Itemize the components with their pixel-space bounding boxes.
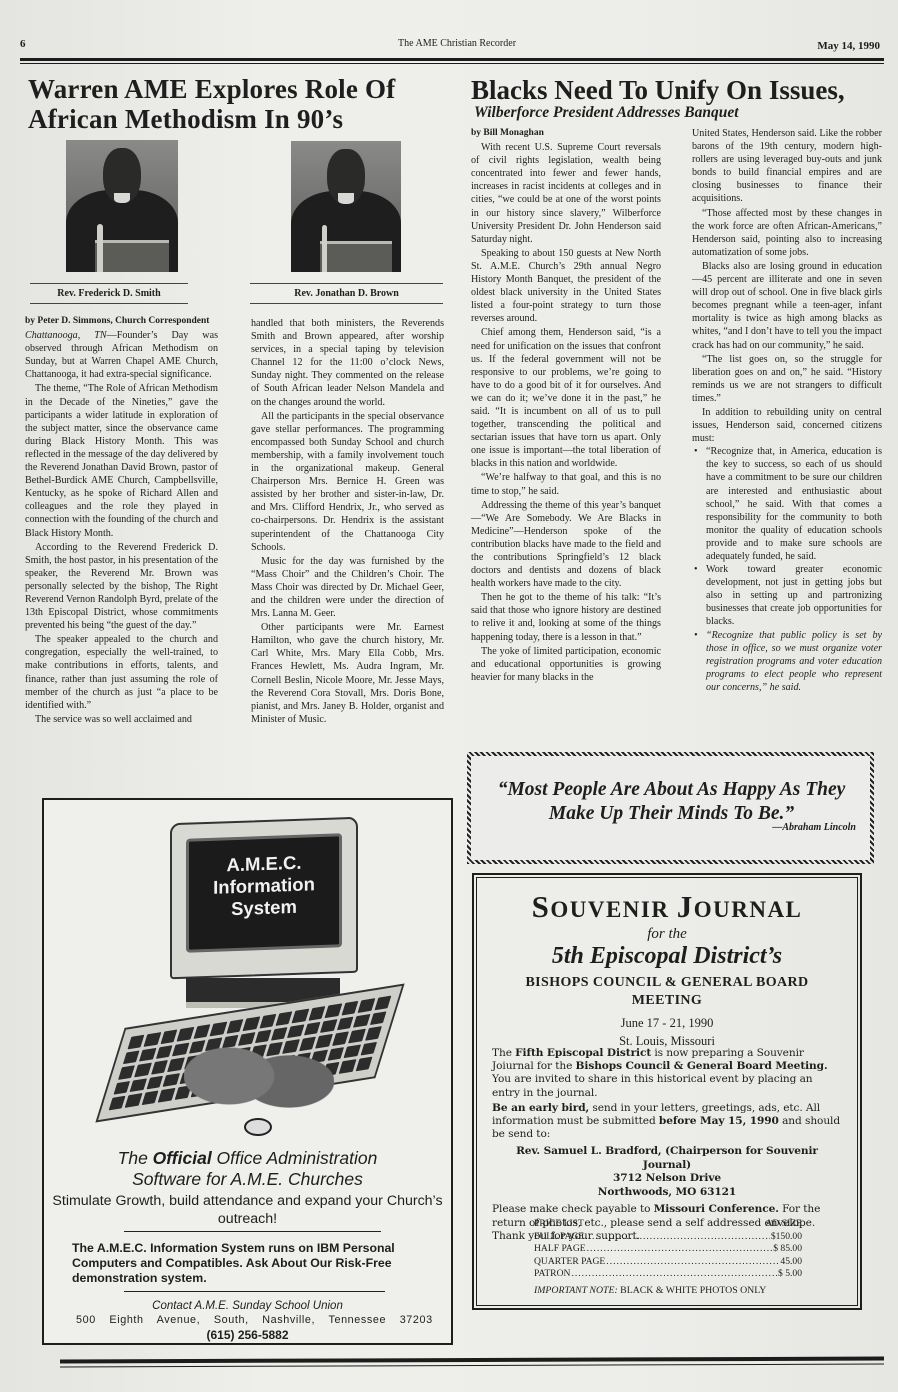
article-paragraph: Chief among them, Henderson said, “is a … — [471, 326, 661, 470]
headline-warren-ame: Warren AME Explores Role Of African Meth… — [28, 74, 448, 134]
masthead-rule — [20, 58, 884, 61]
photo-frederick-smith — [66, 140, 178, 272]
article-paragraph: In addition to rebuilding unity on centr… — [692, 406, 882, 445]
article-paragraph: Other participants were Mr. Earnest Hami… — [251, 621, 444, 726]
important-note: IMPORTANT NOTE: BLACK & WHITE PHOTOS ONL… — [534, 1285, 802, 1298]
article-paragraph: According to the Reverend Frederick D. S… — [25, 541, 218, 633]
article-paragraph: Addressing the theme of this year’s banq… — [471, 499, 661, 591]
footer-rule-thin — [60, 1364, 884, 1368]
amec-address: 500 Eighth Avenue, South, Nashville, Ten… — [76, 1314, 435, 1326]
divider — [124, 1231, 381, 1232]
amec-ibm-text: The A.M.E.C. Information System runs on … — [72, 1241, 429, 1286]
newspaper-page: 6 The AME Christian Recorder May 14, 199… — [0, 0, 898, 1392]
photo-caption-smith: Rev. Frederick D. Smith — [30, 283, 188, 304]
masthead-rule-thin — [20, 63, 884, 64]
price-row: QUARTER PAGE45.00 — [534, 1256, 802, 1269]
wristwatch-icon — [244, 1118, 272, 1136]
photo-caption-brown: Rev. Jonathan D. Brown — [250, 283, 443, 304]
strategy-bullet: “Recognize that public policy is set by … — [692, 629, 882, 694]
price-row: PATRON$ 5.00 — [534, 1268, 802, 1281]
byline: by Bill Monaghan — [471, 127, 661, 140]
amec-headline: The Official Office Administration Softw… — [44, 1148, 451, 1190]
article-paragraph: United States, Henderson said. Like the … — [692, 127, 882, 206]
article-right-column-2: United States, Henderson said. Like the … — [692, 127, 882, 694]
article-paragraph: “We’re halfway to that goal, and this is… — [471, 471, 661, 497]
byline: by Peter D. Simmons, Church Corresponden… — [25, 315, 218, 328]
monitor-screen: A.M.E.C. Information System — [186, 833, 342, 952]
article-paragraph: Chattanooga, TN—Founder’s Day was observ… — [25, 329, 218, 381]
subheadline: Wilberforce President Addresses Banquet — [474, 104, 739, 122]
price-list-header: PRICE LISTAD SIZE — [534, 1218, 802, 1231]
article-paragraph: With recent U.S. Supreme Court reversals… — [471, 141, 661, 246]
council-title: BISHOPS COUNCIL & GENERAL BOARD MEETING — [474, 974, 860, 1010]
article-paragraph: The service was so well acclaimed and — [25, 713, 218, 726]
article-paragraph: The speaker appealed to the church and c… — [25, 633, 218, 712]
footer-rule — [60, 1357, 884, 1364]
article-paragraph: All the participants in the special obse… — [251, 410, 444, 554]
article-paragraph: Music for the day was furnished by the “… — [251, 555, 444, 620]
quote-attribution: —Abraham Lincoln — [772, 822, 856, 833]
article-paragraph: “The list goes on, so the struggle for l… — [692, 353, 882, 405]
price-row: HALF PAGE$ 85.00 — [534, 1243, 802, 1256]
district-title: 5th Episcopal District’s — [474, 943, 860, 970]
price-row: FULL PAGE$150.00 — [534, 1231, 802, 1244]
article-left-column-2: handled that both ministers, the Reveren… — [251, 317, 444, 726]
ad-paragraph: Be an early bird, send in your letters, … — [492, 1102, 842, 1142]
lincoln-quote-box: “Most People Are About As Happy As They … — [467, 752, 874, 864]
souvenir-journal-title: SOUVENIR JOURNAL — [474, 889, 860, 925]
souvenir-journal-ad: SOUVENIR JOURNAL for the 5th Episcopal D… — [472, 873, 862, 1310]
strategy-bullet: “Recognize that, in America, education i… — [692, 445, 882, 563]
price-list: PRICE LISTAD SIZE FULL PAGE$150.00 HALF … — [534, 1218, 802, 1297]
page-number: 6 — [20, 38, 26, 50]
amec-phone: (615) 256-5882 — [44, 1328, 451, 1342]
dateline: Chattanooga, TN — [25, 330, 107, 341]
publication-name: The AME Christian Recorder — [398, 38, 516, 49]
amec-contact: Contact A.M.E. Sunday School Union — [44, 1300, 451, 1312]
quote-text: “Most People Are About As Happy As They … — [485, 778, 858, 826]
article-paragraph: The theme, “The Role of African Methodis… — [25, 382, 218, 539]
issue-date: May 14, 1990 — [817, 40, 880, 52]
article-paragraph: “Those affected most by these changes in… — [692, 207, 882, 259]
computer-monitor-illustration: A.M.E.C. Information System — [170, 817, 358, 980]
strategy-list: “Recognize that, in America, education i… — [692, 445, 882, 694]
event-dates: June 17 - 21, 1990 — [474, 1014, 860, 1032]
strategy-bullet: Work toward greater economic development… — [692, 563, 882, 628]
photo-jonathan-brown — [291, 141, 401, 272]
ad-paragraph: The Fifth Episcopal District is now prep… — [492, 1047, 842, 1100]
article-right-column-1: by Bill Monaghan With recent U.S. Suprem… — [471, 127, 661, 684]
event-dates-location: June 17 - 21, 1990 St. Louis, Missouri — [474, 1014, 860, 1050]
headline-blacks-unify: Blacks Need To Unify On Issues, — [471, 75, 891, 105]
divider — [124, 1291, 385, 1292]
article-paragraph: handled that both ministers, the Reveren… — [251, 317, 444, 409]
mailing-address: Rev. Samuel L. Bradford, (Chairperson fo… — [492, 1145, 842, 1199]
article-paragraph: Blacks also are losing ground in educati… — [692, 260, 882, 352]
amec-information-system-ad: A.M.E.C. Information System The Official… — [42, 798, 453, 1345]
article-paragraph: The yoke of limited participation, econo… — [471, 645, 661, 684]
article-paragraph: Then he got to the theme of his talk: “I… — [471, 591, 661, 643]
souvenir-journal-body: The Fifth Episcopal District is now prep… — [492, 1047, 842, 1245]
article-left-column-1: by Peter D. Simmons, Church Corresponden… — [25, 315, 218, 726]
article-paragraph: Speaking to about 150 guests at New Nort… — [471, 247, 661, 326]
amec-tagline: Stimulate Growth, build attendance and e… — [44, 1192, 451, 1228]
for-the-label: for the — [474, 926, 860, 943]
